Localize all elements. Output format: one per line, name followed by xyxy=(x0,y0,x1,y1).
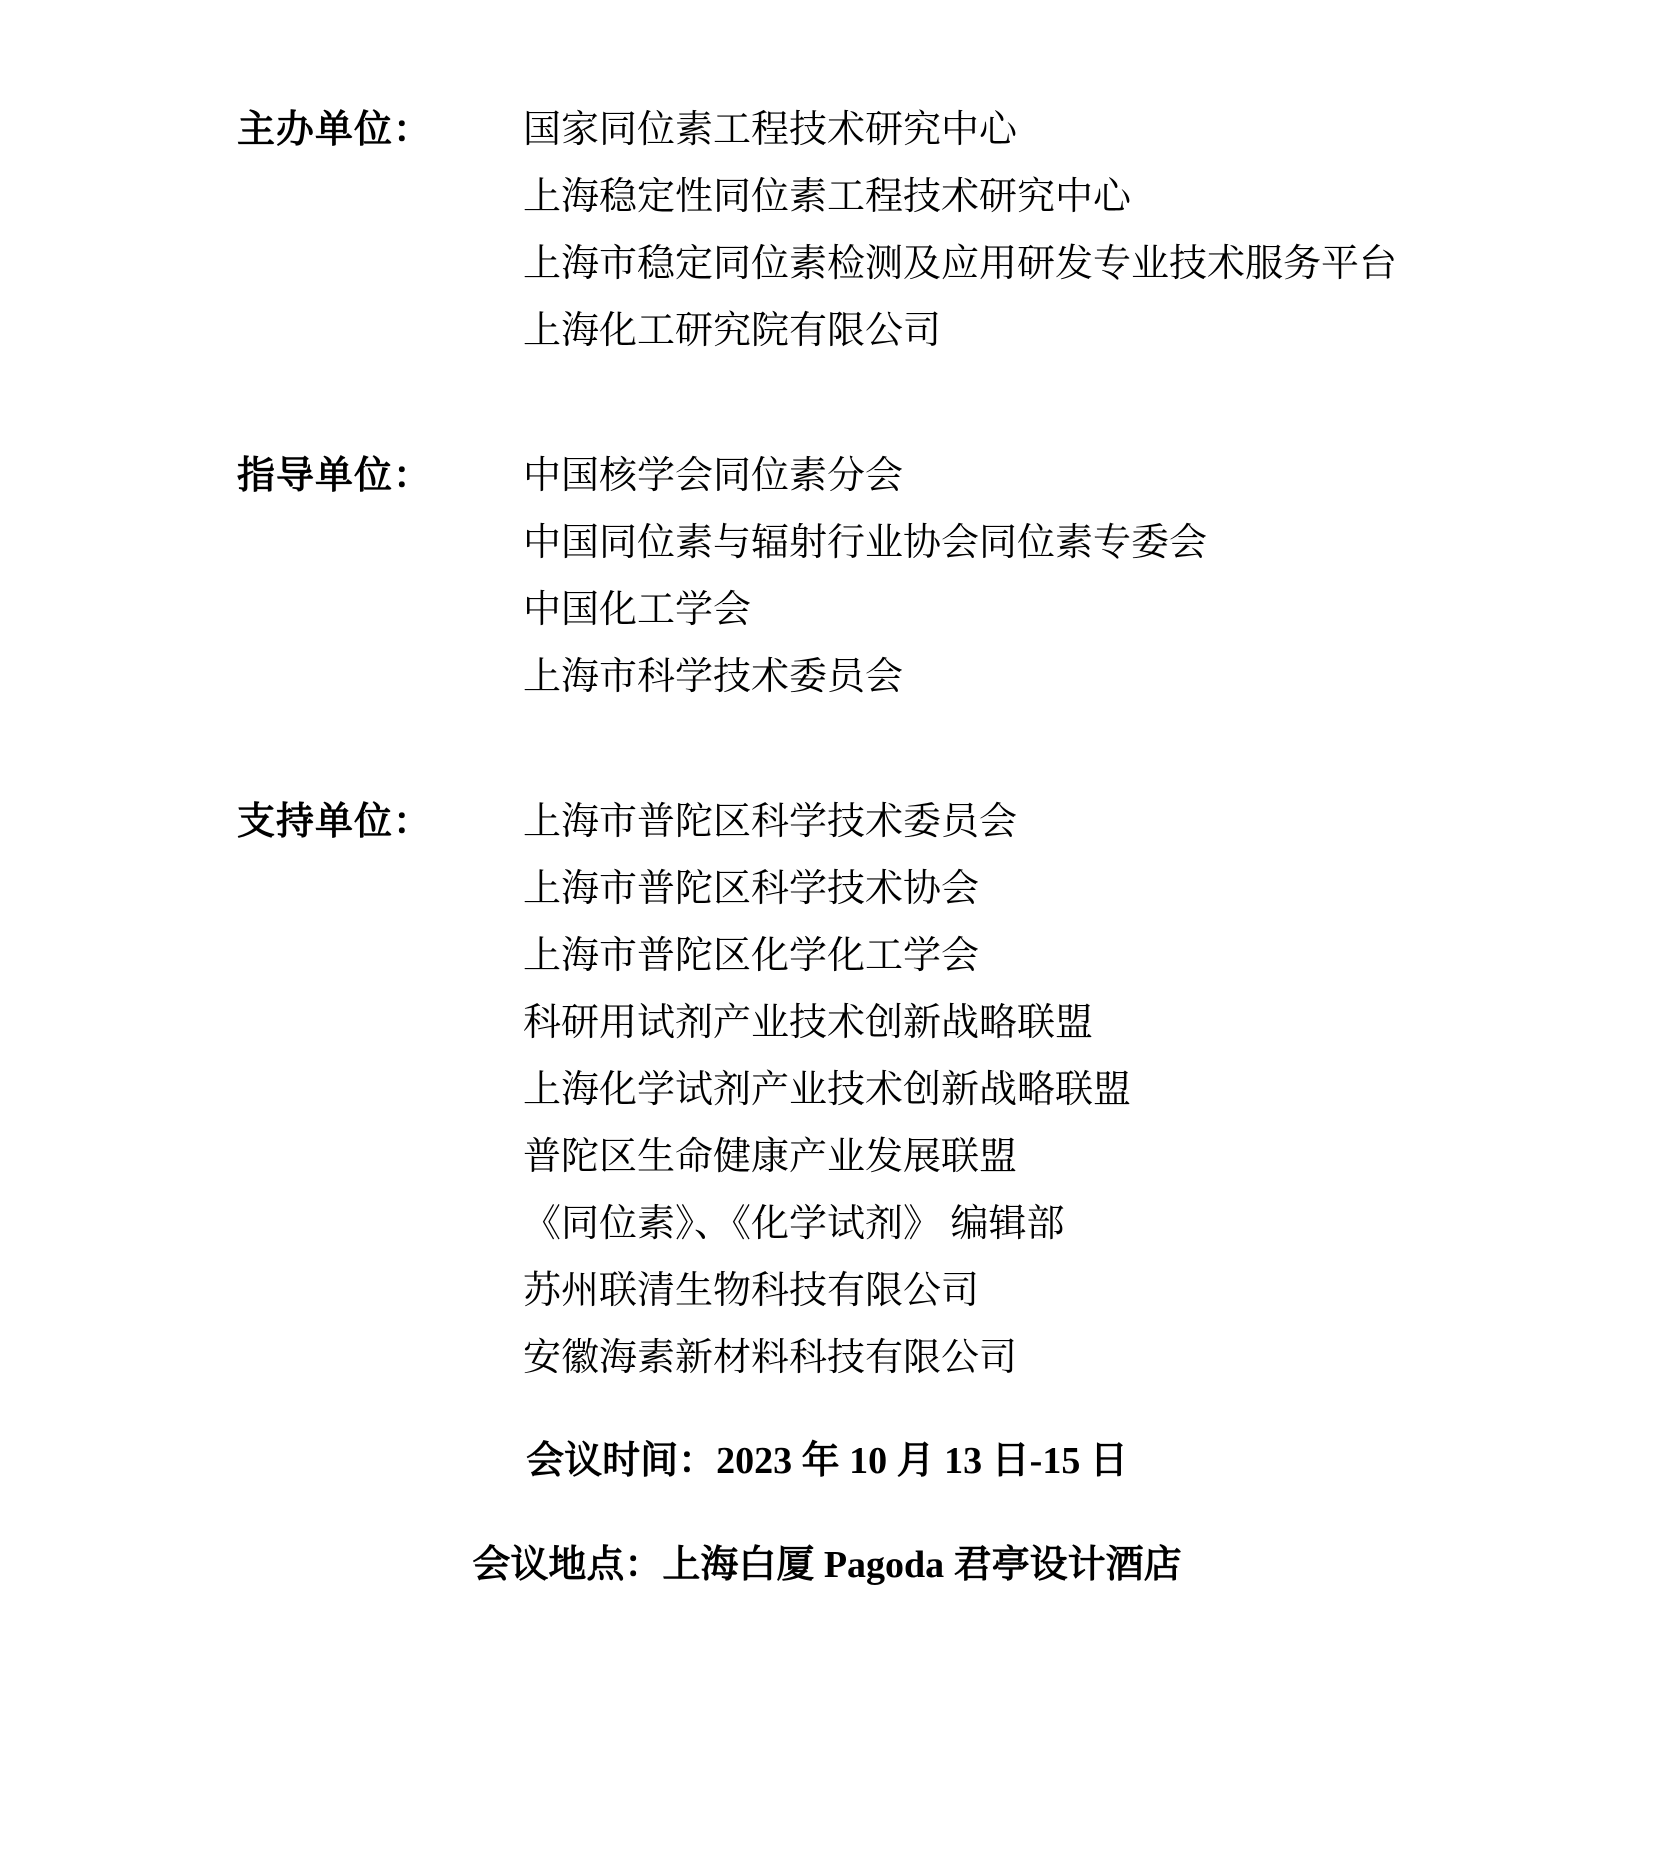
organization-item: 中国化工学会 xyxy=(523,577,1654,644)
organization-item: 《同位素》、《化学试剂》 编辑部 xyxy=(523,1191,1654,1258)
section-supporting-organizations: 支持单位： 上海市普陀区科学技术委员会上海市普陀区科学技术协会上海市普陀区化学化… xyxy=(237,789,1654,1392)
organization-item: 上海市普陀区化学化工学会 xyxy=(523,923,1654,990)
organization-item: 安徽海素新材料科技有限公司 xyxy=(523,1325,1654,1392)
organization-item: 科研用试剂产业技术创新战略联盟 xyxy=(523,990,1654,1057)
organization-item: 上海市科学技术委员会 xyxy=(523,644,1654,711)
section-guiding-organizations: 指导单位： 中国核学会同位素分会中国同位素与辐射行业协会同位素专委会中国化工学会… xyxy=(237,443,1654,711)
organization-item: 普陀区生命健康产业发展联盟 xyxy=(523,1124,1654,1191)
organization-item: 上海化学试剂产业技术创新战略联盟 xyxy=(523,1057,1654,1124)
organization-item: 中国核学会同位素分会 xyxy=(523,443,1654,510)
organization-item: 中国同位素与辐射行业协会同位素专委会 xyxy=(523,510,1654,577)
guiding-organizations-label: 指导单位： xyxy=(237,443,523,510)
organization-item: 上海稳定性同位素工程技术研究中心 xyxy=(523,164,1654,231)
supporting-organizations-list: 上海市普陀区科学技术委员会上海市普陀区科学技术协会上海市普陀区化学化工学会科研用… xyxy=(523,789,1654,1392)
organization-item: 上海化工研究院有限公司 xyxy=(523,298,1654,365)
meeting-location: 会议地点：上海白厦 Pagoda 君亭设计酒店 xyxy=(0,1532,1654,1599)
document-page: 主办单位： 国家同位素工程技术研究中心上海稳定性同位素工程技术研究中心上海市稳定… xyxy=(0,0,1654,1871)
organization-item: 上海市普陀区科学技术委员会 xyxy=(523,789,1654,856)
host-organizers-label: 主办单位： xyxy=(237,97,523,164)
organization-item: 苏州联清生物科技有限公司 xyxy=(523,1258,1654,1325)
supporting-organizations-label: 支持单位： xyxy=(237,789,523,856)
organization-item: 上海市稳定同位素检测及应用研发专业技术服务平台 xyxy=(523,231,1654,298)
meeting-time: 会议时间：2023 年 10 月 13 日-15 日 xyxy=(0,1428,1654,1495)
organization-item: 国家同位素工程技术研究中心 xyxy=(523,97,1654,164)
section-host-organizers: 主办单位： 国家同位素工程技术研究中心上海稳定性同位素工程技术研究中心上海市稳定… xyxy=(237,97,1654,365)
host-organizers-list: 国家同位素工程技术研究中心上海稳定性同位素工程技术研究中心上海市稳定同位素检测及… xyxy=(523,97,1654,365)
guiding-organizations-list: 中国核学会同位素分会中国同位素与辐射行业协会同位素专委会中国化工学会上海市科学技… xyxy=(523,443,1654,711)
organization-item: 上海市普陀区科学技术协会 xyxy=(523,856,1654,923)
